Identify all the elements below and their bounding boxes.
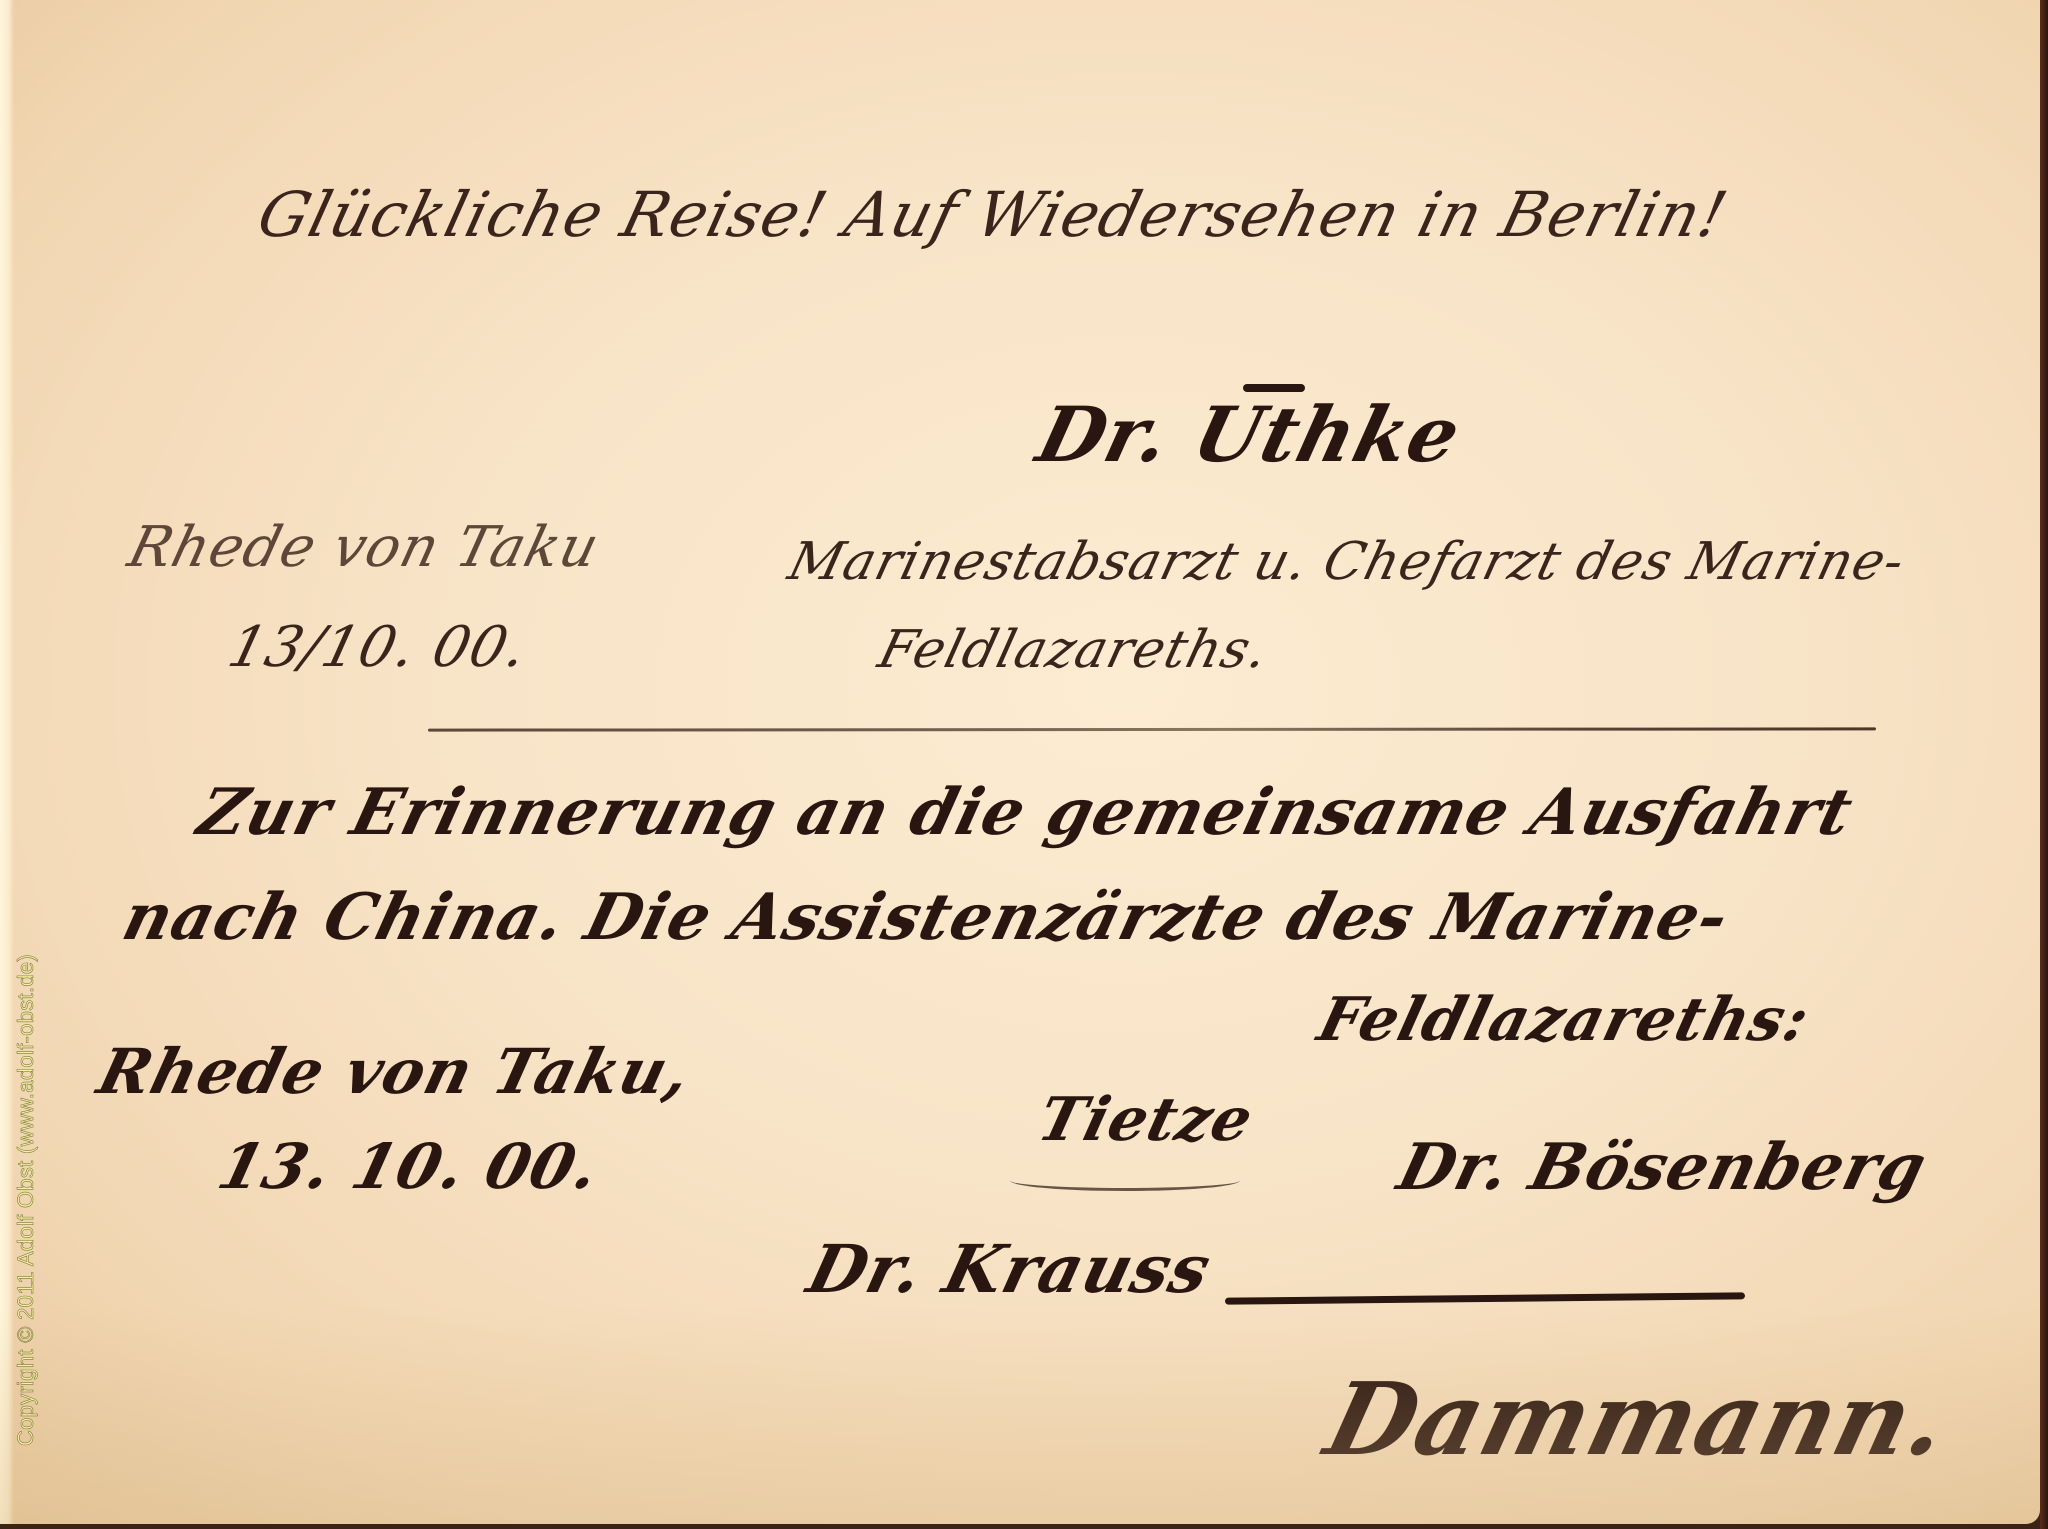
entry1-place: Rhede von Taku — [122, 515, 606, 580]
entry1-greeting: Glückliche Reise! Auf Wiedersehen in Ber… — [251, 178, 1735, 251]
entry1-date: 13/10. 00. — [222, 615, 534, 680]
entry2-place: Rhede von Taku, — [91, 1035, 699, 1108]
album-cover-edge — [2040, 0, 2048, 1529]
copyright-watermark: Copyright © 2011 Adolf Obst (www.adolf-o… — [13, 880, 43, 1520]
album-page: Glückliche Reise! Auf Wiedersehen in Ber… — [0, 0, 2040, 1524]
entry2-line1: Zur Erinnerung an die gemeinsame Ausfahr… — [191, 775, 1861, 850]
signature-tietze-underline — [1010, 1170, 1240, 1191]
signature-dammann: Dammann. — [1315, 1360, 1961, 1478]
signature-tietze: Tietze — [1031, 1085, 1260, 1155]
entry1-signature: Dr. Uthke — [1029, 390, 1470, 479]
section-divider-line — [428, 727, 1876, 731]
entry2-line3: Feldlazareths: — [1311, 985, 1816, 1055]
signature-flourish-line — [1225, 1292, 1745, 1304]
signature-krauss: Dr. Krauss — [800, 1230, 1219, 1308]
entry1-title-line1: Marinestabsarzt u. Chefarzt des Marine- — [783, 532, 1912, 592]
entry2-line2: nach China. Die Assistenzärzte des Marin… — [116, 880, 1737, 955]
signature-boesenberg: Dr. Bösenberg — [1391, 1130, 1935, 1205]
page-spine-edge — [0, 0, 14, 1524]
signature-overline — [1243, 384, 1305, 392]
entry2-date: 13. 10. 00. — [211, 1130, 607, 1203]
entry1-title-line2: Feldlazareths. — [873, 620, 1275, 680]
